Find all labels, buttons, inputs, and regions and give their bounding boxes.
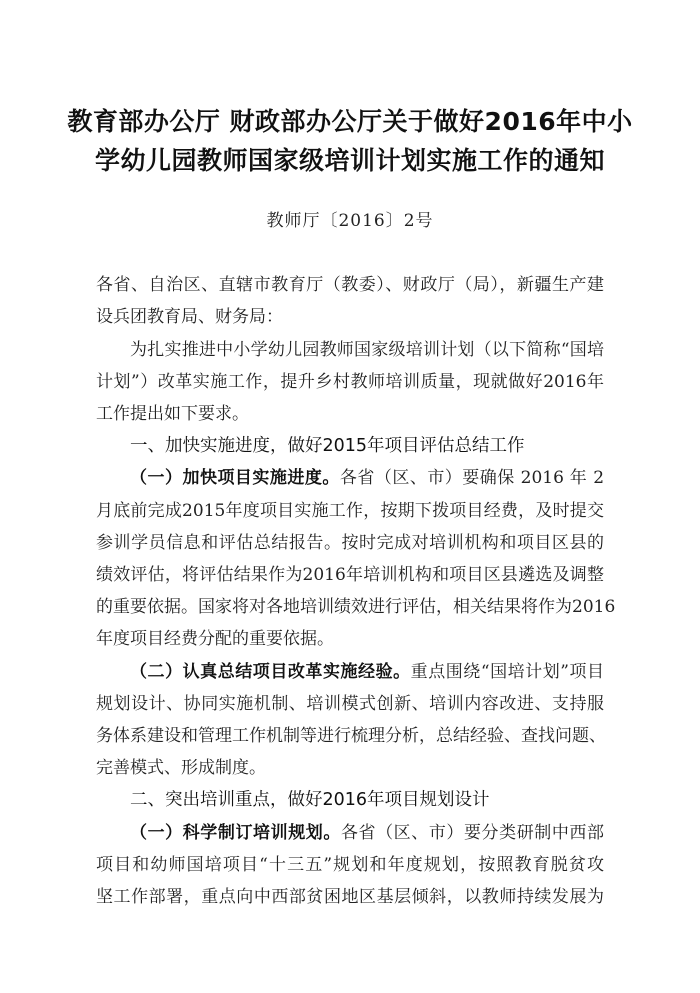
document-title-line-2: 学幼儿园教师国家级培训计划实施工作的通知 — [60, 142, 640, 180]
section-1-item-1-first-line: （一）加快项目实施进度。各省（区、市）要确保 2016 年 2 — [130, 462, 604, 494]
intro-line-2: 计划”）改革实施工作，提升乡村教师培训质量，现就做好2016年 — [96, 366, 604, 398]
section-1-item-1-line: 参训学员信息和评估总结报告。按时完成对培训机构和项目区县的 — [96, 527, 604, 559]
section-1-item-1-text: 各省（区、市）要确保 2016 年 2 — [340, 468, 604, 488]
section-1-item-2-first-line: （二）认真总结项目改革实施经验。重点围绕“国培计划”项目 — [130, 656, 604, 688]
section-2-heading: 二、突出培训重点，做好2016年项目规划设计 — [130, 784, 604, 816]
section-2-item-1-line: 坚工作部署，重点向中西部贫困地区基层倾斜，以教师持续发展为 — [96, 881, 604, 913]
section-1-item-2-line: 务体系建设和管理工作机制等进行梳理分析，总结经验、查找问题、 — [96, 720, 604, 752]
document-page: 教育部办公厅 财政部办公厅关于做好2016年中小 学幼儿园教师国家级培训计划实施… — [0, 0, 700, 993]
section-1-item-1-title: （一）加快项目实施进度。 — [130, 468, 340, 488]
document-number: 教师厅〔2016〕2号 — [0, 206, 700, 231]
section-1-item-2-text: 重点围绕“国培计划”项目 — [411, 662, 604, 682]
section-1-item-2-line: 规划设计、协同实施机制、培训模式创新、培训内容改进、支持服 — [96, 688, 604, 720]
section-2-item-1-text: 各省（区、市）要分类研制中西部 — [341, 823, 604, 843]
section-1-item-1-line: 月底前完成2015年度项目实施工作，按期下拨项目经费，及时提交 — [96, 495, 604, 527]
section-1-item-1-line: 绩效评估，将评估结果作为2016年培训机构和项目区县遴选及调整 — [96, 559, 604, 591]
document-title-line-1: 教育部办公厅 财政部办公厅关于做好2016年中小 — [60, 103, 640, 141]
section-1-item-1-line: 的重要依据。国家将对各地培训绩效进行评估，相关结果将作为2016 — [96, 591, 604, 623]
intro-line-1: 为扎实推进中小学幼儿园教师国家级培训计划（以下简称“国培 — [130, 334, 604, 366]
section-2-item-1-first-line: （一）科学制订培训规划。各省（区、市）要分类研制中西部 — [130, 817, 604, 849]
section-1-item-1-line: 年度项目经费分配的重要依据。 — [96, 623, 604, 655]
section-2-item-1-title: （一）科学制订培训规划。 — [130, 823, 341, 843]
addressee-line-2: 设兵团教育局、财务局： — [96, 301, 604, 333]
intro-line-3: 工作提出如下要求。 — [96, 398, 604, 430]
addressee-line-1: 各省、自治区、直辖市教育厅（教委）、财政厅（局），新疆生产建 — [96, 269, 604, 301]
section-2-item-1-line: 项目和幼师国培项目“十三五”规划和年度规划，按照教育脱贫攻 — [96, 849, 604, 881]
section-1-heading: 一、加快实施进度，做好2015年项目评估总结工作 — [130, 430, 604, 462]
section-1-item-2-line: 完善模式、形成制度。 — [96, 752, 604, 784]
section-1-item-2-title: （二）认真总结项目改革实施经验。 — [130, 662, 411, 682]
